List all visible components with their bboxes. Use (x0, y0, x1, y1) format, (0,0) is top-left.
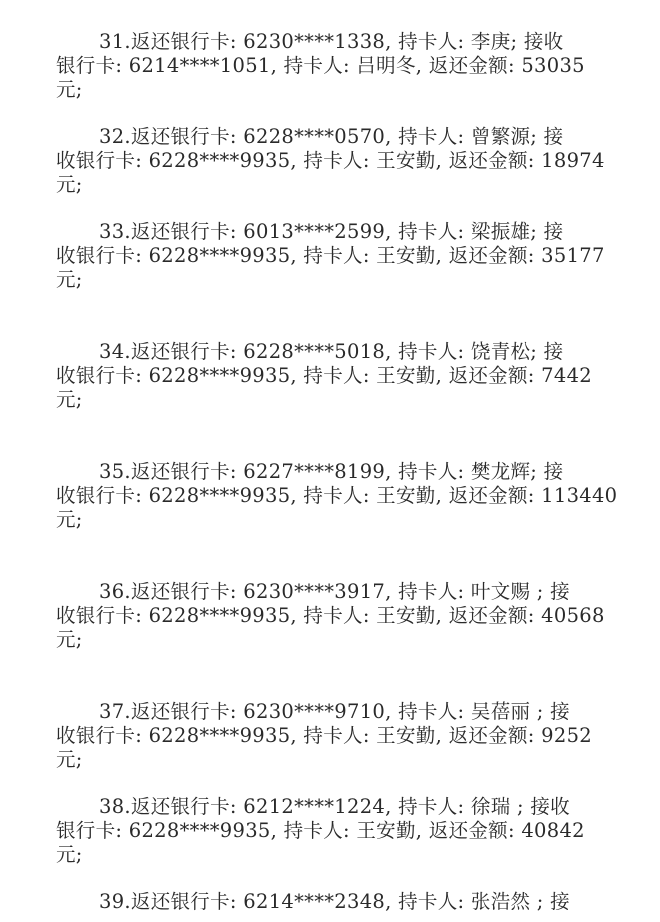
entry-line: 银行卡: 6228****9935, 持卡人: 王安勤, 返还金额: 40842 (56, 819, 608, 843)
entry-line: 元; (56, 508, 608, 532)
refund-entry-36: 36.返还银行卡: 6230****3917, 持卡人: 叶文赐 ; 接 收银行… (56, 580, 608, 652)
refund-entry-34: 34.返还银行卡: 6228****5018, 持卡人: 饶青松; 接 收银行卡… (56, 340, 608, 412)
entry-line: 35.返还银行卡: 6227****8199, 持卡人: 樊龙辉; 接 (56, 460, 608, 484)
entry-line: 收银行卡: 6228****9935, 持卡人: 王安勤, 返还金额: 1134… (56, 484, 608, 508)
entry-line: 收银行卡: 6228****9935, 持卡人: 王安勤, 返还金额: 7442 (56, 364, 608, 388)
entry-line: 元; (56, 388, 608, 412)
entry-line: 36.返还银行卡: 6230****3917, 持卡人: 叶文赐 ; 接 (56, 580, 608, 604)
refund-entry-37: 37.返还银行卡: 6230****9710, 持卡人: 吴蓓丽 ; 接 收银行… (56, 700, 608, 772)
refund-entry-35: 35.返还银行卡: 6227****8199, 持卡人: 樊龙辉; 接 收银行卡… (56, 460, 608, 532)
entry-line: 37.返还银行卡: 6230****9710, 持卡人: 吴蓓丽 ; 接 (56, 700, 608, 724)
entry-line: 元; (56, 173, 608, 197)
entry-line: 元; (56, 628, 608, 652)
entry-line: 收银行卡: 6228****9935, 持卡人: 王安勤, 返还金额: 3517… (56, 244, 608, 268)
refund-entry-39: 39.返还银行卡: 6214****2348, 持卡人: 张浩然 ; 接 (56, 890, 608, 914)
entry-line: 元; (56, 78, 608, 102)
entry-line: 31.返还银行卡: 6230****1338, 持卡人: 李庚; 接收 (56, 30, 608, 54)
refund-entry-31: 31.返还银行卡: 6230****1338, 持卡人: 李庚; 接收 银行卡:… (56, 30, 608, 102)
entry-line: 元; (56, 843, 608, 867)
entry-line: 33.返还银行卡: 6013****2599, 持卡人: 梁振雄; 接 (56, 220, 608, 244)
refund-entry-38: 38.返还银行卡: 6212****1224, 持卡人: 徐瑞 ; 接收 银行卡… (56, 795, 608, 867)
refund-entry-33: 33.返还银行卡: 6013****2599, 持卡人: 梁振雄; 接 收银行卡… (56, 220, 608, 292)
entry-line: 元; (56, 748, 608, 772)
refund-entry-32: 32.返还银行卡: 6228****0570, 持卡人: 曾繁源; 接 收银行卡… (56, 125, 608, 197)
entry-line: 34.返还银行卡: 6228****5018, 持卡人: 饶青松; 接 (56, 340, 608, 364)
entry-line: 收银行卡: 6228****9935, 持卡人: 王安勤, 返还金额: 4056… (56, 604, 608, 628)
entry-line: 38.返还银行卡: 6212****1224, 持卡人: 徐瑞 ; 接收 (56, 795, 608, 819)
entry-line: 32.返还银行卡: 6228****0570, 持卡人: 曾繁源; 接 (56, 125, 608, 149)
entry-line: 元; (56, 268, 608, 292)
entry-line: 收银行卡: 6228****9935, 持卡人: 王安勤, 返还金额: 1897… (56, 149, 608, 173)
entry-line: 39.返还银行卡: 6214****2348, 持卡人: 张浩然 ; 接 (56, 890, 608, 914)
entry-line: 银行卡: 6214****1051, 持卡人: 吕明冬, 返还金额: 53035 (56, 54, 608, 78)
entry-line: 收银行卡: 6228****9935, 持卡人: 王安勤, 返还金额: 9252 (56, 724, 608, 748)
